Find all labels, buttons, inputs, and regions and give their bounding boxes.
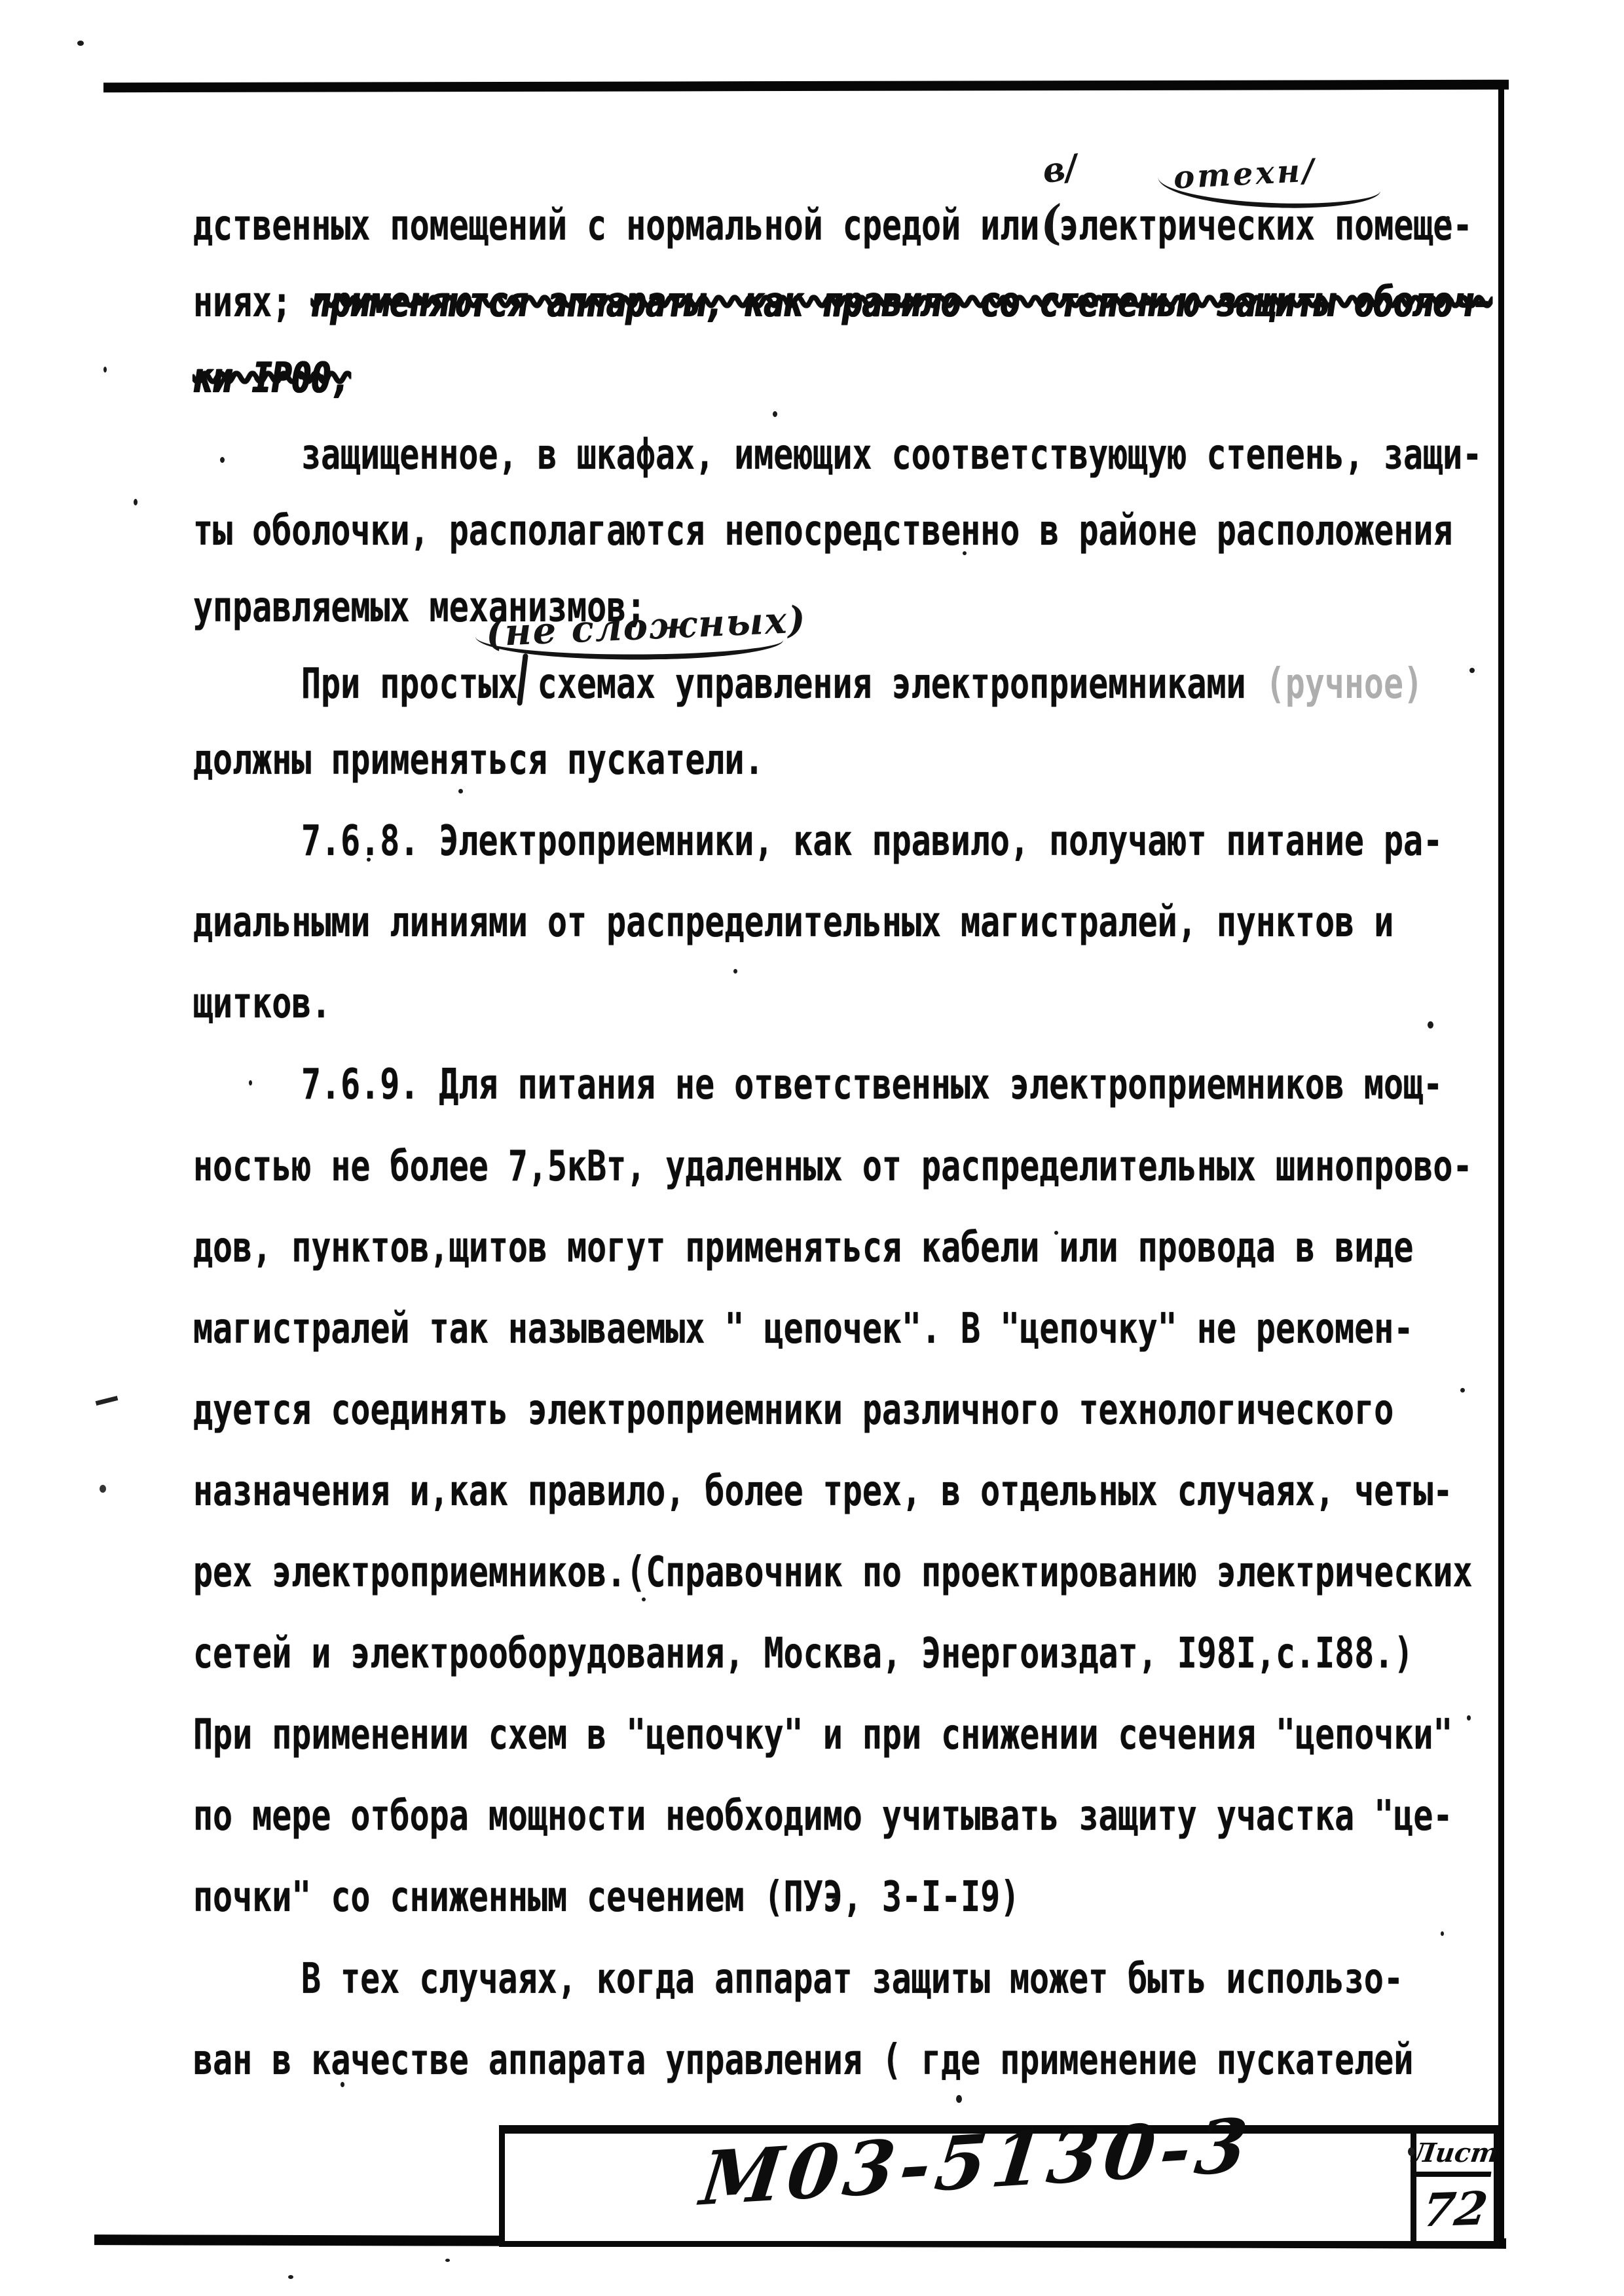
scan-speck: [249, 1080, 252, 1085]
page-border-top: [103, 80, 1509, 92]
typed-line: ты оболочки, располагаются непосредствен…: [193, 505, 1452, 557]
typed-line: ниях; применяются аппараты, как правило …: [193, 276, 1492, 329]
typed-line: рех электроприемников.(Справочник по про…: [193, 1546, 1473, 1599]
typed-line: назначения и,как правило, более трех, в …: [193, 1465, 1452, 1518]
typed-text: 7.6.9. Для питания не ответственных элек…: [301, 1061, 1443, 1109]
typed-line: должны применяться пускатели.: [193, 734, 764, 786]
scan-speck: [77, 41, 84, 46]
scan-speck: [134, 499, 138, 505]
scan-speck: [445, 2259, 450, 2262]
typed-text: дов, пунктов,щитов могут применяться каб…: [193, 1224, 1413, 1272]
typed-line: ван в качестве аппарата управления ( где…: [193, 2034, 1413, 2086]
typed-line: щитков.: [193, 977, 331, 1030]
scan-speck: [341, 2082, 344, 2087]
scan-speck: [367, 858, 371, 862]
scan-speck: [733, 969, 737, 974]
typed-text: сетей и электрооборудования, Москва, Эне…: [193, 1630, 1413, 1678]
typed-line: При применении схем в "цепочку" и при сн…: [193, 1709, 1452, 1761]
typed-line: ностью не более 7,5кВт, удаленных от рас…: [193, 1140, 1473, 1193]
typed-line: защищенное, в шкафах, имеющих соответств…: [301, 429, 1482, 481]
doc-number-handwritten: М03-5130-3: [696, 2102, 1257, 2223]
scan-speck: [458, 789, 463, 793]
typed-line: дов, пунктов,щитов могут применяться каб…: [193, 1222, 1413, 1274]
typed-line: дуется соединять электроприемники различ…: [193, 1384, 1393, 1436]
scan-speck: [1428, 1021, 1433, 1029]
typed-text: 7.6.8. Электроприемники, как правило, по…: [301, 817, 1443, 866]
typed-text: дственных помещений с нормальной средой …: [193, 202, 1473, 250]
scan-speck: [773, 411, 777, 417]
typed-text: по мере отбора мощности необходимо учиты…: [193, 1792, 1452, 1840]
title-block-sheet-column: Лист 72: [1411, 2134, 1494, 2241]
typed-text: должны применяться пускатели.: [193, 736, 764, 784]
typed-line: 7.6.8. Электроприемники, как правило, по…: [301, 815, 1443, 867]
scan-speck: [642, 1597, 646, 1601]
handwritten-phrase-underline: [475, 623, 784, 663]
typed-text: магистралей так называемых " цепочек". В…: [193, 1305, 1413, 1353]
scan-speck: [963, 551, 967, 555]
typed-text: рех электроприемников.(Справочник по про…: [193, 1548, 1473, 1597]
scan-speck: [103, 367, 107, 373]
typed-text: дуется соединять электроприемники различ…: [193, 1386, 1393, 1434]
margin-pen-dash: [96, 1396, 119, 1406]
scan-speck: [1441, 1931, 1444, 1936]
scan-speck: [1460, 1388, 1465, 1393]
scan-speck: [956, 2095, 962, 2103]
typed-text: почки" со сниженным сечением (ПУЭ, 3-I-I…: [193, 1873, 1020, 1922]
typed-text: ты оболочки, располагаются непосредствен…: [193, 507, 1452, 555]
scan-speck: [220, 457, 225, 463]
typed-text: ностью не более 7,5кВт, удаленных от рас…: [193, 1142, 1473, 1191]
page-border-right: [1498, 81, 1504, 2247]
scan-speck: [1467, 1715, 1471, 1721]
typed-line: по мере отбора мощности необходимо учиты…: [193, 1790, 1452, 1842]
faded-text: (ручное): [1266, 660, 1423, 708]
typed-line: 7.6.9. Для питания не ответственных элек…: [301, 1059, 1443, 1111]
typed-text: защищенное, в шкафах, имеющих соответств…: [301, 431, 1482, 479]
typed-line: ки IP00,: [193, 352, 350, 405]
typed-text: В тех случаях, когда аппарат защиты може…: [301, 1955, 1403, 2003]
typed-text: назначения и,как правило, более трех, в …: [193, 1467, 1452, 1516]
typed-line: магистралей так называемых " цепочек". В…: [193, 1303, 1413, 1355]
scan-speck: [832, 1899, 836, 1903]
struck-text: ки IP00,: [193, 354, 350, 403]
margin-pen-dot: [100, 1485, 106, 1493]
title-block: М03-5130-3 Лист 72: [499, 2125, 1500, 2247]
scan-speck: [1054, 1231, 1058, 1235]
typed-text: ниях;: [193, 278, 311, 327]
sheet-label: Лист: [1413, 2134, 1496, 2177]
typed-line: В тех случаях, когда аппарат защиты може…: [301, 1953, 1403, 2005]
typed-text: При применении схем в "цепочку" и при сн…: [193, 1711, 1452, 1759]
title-block-main-cell: М03-5130-3: [505, 2134, 1411, 2241]
typed-text: щитков.: [193, 979, 331, 1028]
typed-line: почки" со сниженным сечением (ПУЭ, 3-I-I…: [193, 1871, 1020, 1923]
scan-speck: [1408, 2147, 1414, 2156]
scan-speck: [288, 2275, 293, 2279]
scanned-document-page: дственных помещений с нормальной средой …: [0, 0, 1624, 2296]
struck-text: применяются аппараты, как правило со сте…: [311, 278, 1492, 327]
typed-text: При простых схемах управления электропри…: [301, 660, 1266, 708]
scan-speck: [1469, 668, 1475, 673]
sheet-number: 72: [1412, 2176, 1499, 2242]
handwritten-insertion-v: в/: [1040, 147, 1080, 192]
typed-text: диальными линиями от распределительных м…: [193, 898, 1393, 947]
typed-line: При простых схемах управления электропри…: [301, 658, 1423, 710]
typed-text: ван в качестве аппарата управления ( где…: [193, 2036, 1413, 2085]
scan-speck: [1446, 216, 1450, 220]
typed-line: сетей и электрооборудования, Москва, Эне…: [193, 1628, 1413, 1680]
typed-line: диальными линиями от распределительных м…: [193, 896, 1393, 949]
